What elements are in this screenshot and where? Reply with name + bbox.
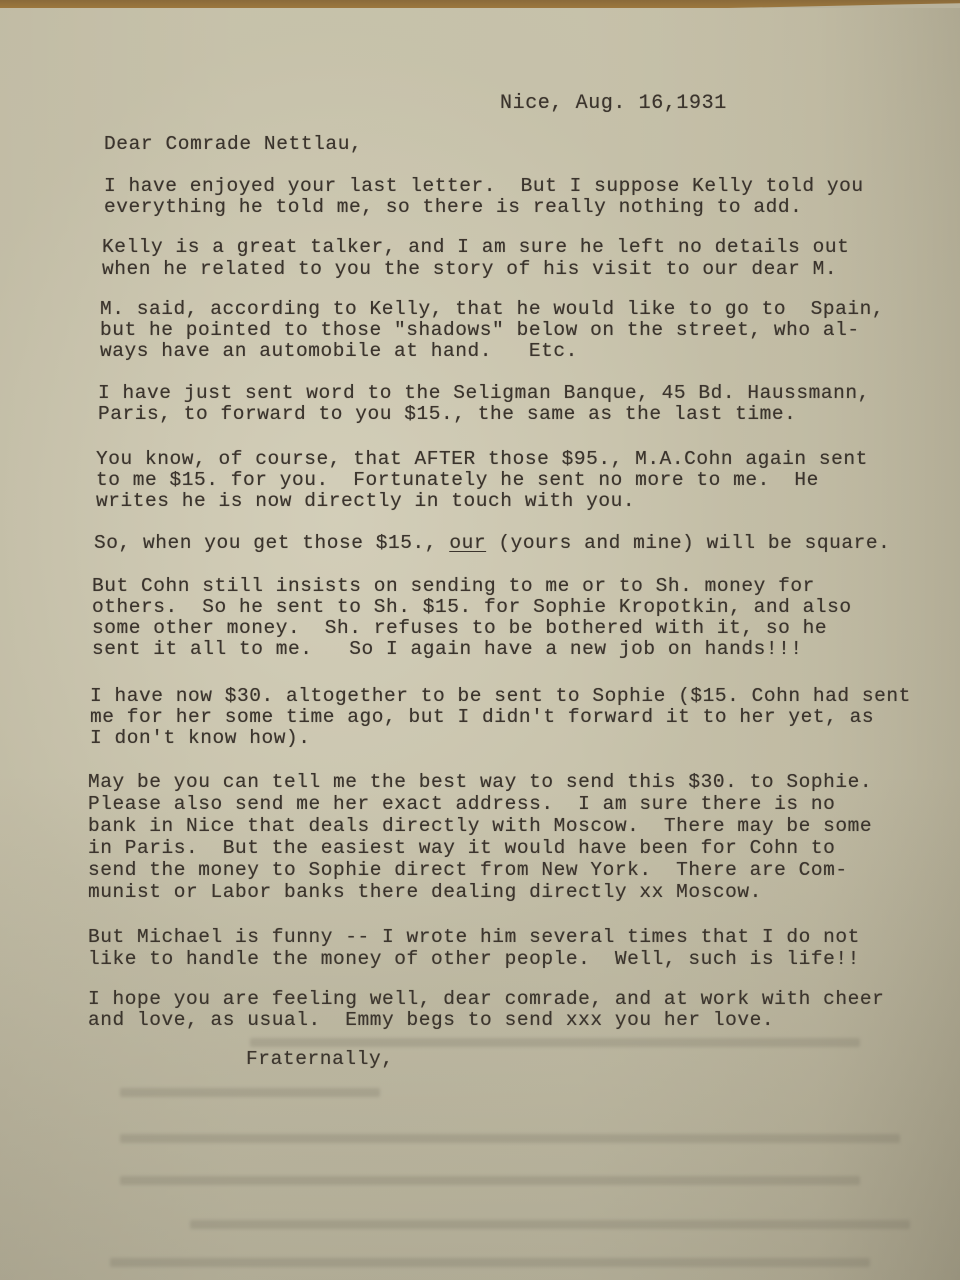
dateline: Nice, Aug. 16,1931: [500, 92, 727, 115]
text-line: bank in Nice that deals directly with Mo…: [88, 815, 872, 837]
text-line: like to handle the money of other people…: [88, 948, 860, 970]
text-line: send the money to Sophie direct from New…: [88, 859, 848, 881]
text-line: munist or Labor banks there dealing dire…: [88, 881, 762, 903]
text-line: others. So he sent to Sh. $15. for Sophi…: [92, 596, 852, 618]
text-line: But Cohn still insists on sending to me …: [92, 575, 815, 597]
text-line: Please also send me her exact address. I…: [88, 793, 835, 815]
text-line: when he related to you the story of his …: [102, 258, 837, 280]
underlined-word: our: [449, 532, 486, 554]
text-line: But Michael is funny -- I wrote him seve…: [88, 926, 860, 948]
salutation: Dear Comrade Nettlau,: [104, 133, 362, 155]
letter-page: Nice, Aug. 16,1931 Dear Comrade Nettlau,…: [0, 8, 960, 1280]
text-line: and love, as usual. Emmy begs to send xx…: [88, 1009, 774, 1031]
text-line: May be you can tell me the best way to s…: [88, 771, 872, 793]
text-line: Kelly is a great talker, and I am sure h…: [102, 236, 849, 258]
text-line: writes he is now directly in touch with …: [96, 490, 635, 512]
text-line: I hope you are feeling well, dear comrad…: [88, 988, 884, 1010]
text-line: I have enjoyed your last letter. But I s…: [104, 175, 864, 197]
text-line: ways have an automobile at hand. Etc.: [100, 340, 578, 362]
text-line: Paris, to forward to you $15., the same …: [98, 403, 796, 425]
text-line: some other money. Sh. refuses to be both…: [92, 617, 827, 639]
text-line: in Paris. But the easiest way it would h…: [88, 837, 835, 859]
text-line: M. said, according to Kelly, that he wou…: [100, 298, 884, 320]
text-line: to me $15. for you. Fortunately he sent …: [96, 469, 819, 491]
text-line: sent it all to me. So I again have a new…: [92, 638, 803, 660]
text-line: everything he told me, so there is reall…: [104, 196, 802, 218]
closing: Fraternally,: [246, 1048, 394, 1070]
text-line: but he pointed to those "shadows" below …: [100, 319, 860, 341]
text-line: me for her some time ago, but I didn't f…: [90, 706, 874, 728]
text-line: I don't know how).: [90, 727, 311, 749]
text-line: So, when you get those $15., our (yours …: [94, 532, 890, 554]
text-line: You know, of course, that AFTER those $9…: [96, 448, 868, 470]
text-line: I have just sent word to the Seligman Ba…: [98, 382, 870, 404]
text-line: I have now $30. altogether to be sent to…: [90, 685, 911, 707]
